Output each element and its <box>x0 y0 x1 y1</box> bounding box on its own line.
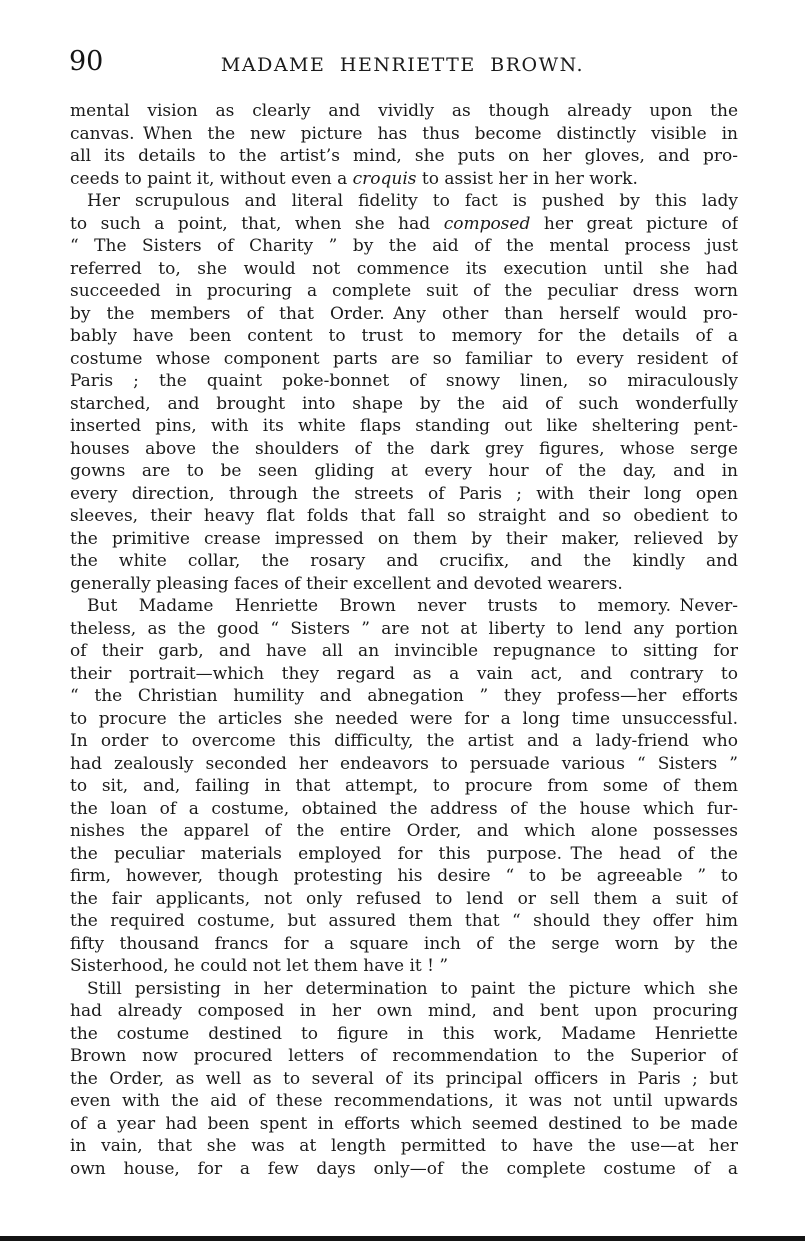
text-line: the required costume, but assured them t… <box>70 910 738 933</box>
text-line: of their garb, and have all an invincibl… <box>70 640 738 663</box>
text-line: to such a point, that, when she had comp… <box>70 213 738 236</box>
paragraph: But Madame Henriette Brown never trusts … <box>70 595 738 978</box>
text-line: houses above the shoulders of the dark g… <box>70 438 738 461</box>
text-line: starched, and brought into shape by the … <box>70 393 738 416</box>
text-line: costume whose component parts are so fam… <box>70 348 738 371</box>
text-line: the white collar, the rosary and crucifi… <box>70 550 738 573</box>
text-line: their portrait—which they regard as a va… <box>70 663 738 686</box>
text-line: to procure the articles she needed were … <box>70 708 738 731</box>
book-page: 90 MADAME HENRIETTE BROWN. mental vision… <box>0 0 805 1243</box>
text-line: generally pleasing faces of their excell… <box>70 573 738 596</box>
text-line: But Madame Henriette Brown never trusts … <box>70 595 738 618</box>
text-line: Brown now procured letters of recommenda… <box>70 1045 738 1068</box>
text-line: nishes the apparel of the entire Order, … <box>70 820 738 843</box>
text-line: “ The Sisters of Charity ” by the aid of… <box>70 235 738 258</box>
text-line: bably have been content to trust to memo… <box>70 325 738 348</box>
text-line: own house, for a few days only—of the co… <box>70 1158 738 1181</box>
running-title: MADAME HENRIETTE BROWN. <box>0 54 805 76</box>
text-line: fifty thousand francs for a square inch … <box>70 933 738 956</box>
text-line: sleeves, their heavy flat folds that fal… <box>70 505 738 528</box>
paragraph: mental vision as clearly and vividly as … <box>70 100 738 190</box>
text-line: in vain, that she was at length permitte… <box>70 1135 738 1158</box>
text-line: the costume destined to figure in this w… <box>70 1023 738 1046</box>
text-line: even with the aid of these recommendatio… <box>70 1090 738 1113</box>
text-line: the peculiar materials employed for this… <box>70 843 738 866</box>
text-line: In order to overcome this difficulty, th… <box>70 730 738 753</box>
text-line: Her scrupulous and literal fidelity to f… <box>70 190 738 213</box>
text-line: Still persisting in her determination to… <box>70 978 738 1001</box>
text-line: had zealously seconded her endeavors to … <box>70 753 738 776</box>
text-line: referred to, she would not commence its … <box>70 258 738 281</box>
text-line: the loan of a costume, obtained the addr… <box>70 798 738 821</box>
text-line: succeeded in procuring a complete suit o… <box>70 280 738 303</box>
text-line: the primitive crease impressed on them b… <box>70 528 738 551</box>
page-body: mental vision as clearly and vividly as … <box>70 100 738 1180</box>
paragraph: Still persisting in her determination to… <box>70 978 738 1181</box>
text-line: the fair applicants, not only refused to… <box>70 888 738 911</box>
text-line: ceeds to paint it, without even a croqui… <box>70 168 738 191</box>
text-line: canvas. When the new picture has thus be… <box>70 123 738 146</box>
text-line: every direction, through the streets of … <box>70 483 738 506</box>
text-line: Paris ; the quaint poke-bonnet of snowy … <box>70 370 738 393</box>
bottom-rule <box>0 1236 805 1241</box>
paragraph: Her scrupulous and literal fidelity to f… <box>70 190 738 595</box>
text-line: of a year had been spent in efforts whic… <box>70 1113 738 1136</box>
text-line: to sit, and, failing in that attempt, to… <box>70 775 738 798</box>
text-line: gowns are to be seen gliding at every ho… <box>70 460 738 483</box>
text-line: Sisterhood, he could not let them have i… <box>70 955 738 978</box>
text-line: had already composed in her own mind, an… <box>70 1000 738 1023</box>
text-line: by the members of that Order. Any other … <box>70 303 738 326</box>
text-line: mental vision as clearly and vividly as … <box>70 100 738 123</box>
text-line: all its details to the artist’s mind, sh… <box>70 145 738 168</box>
text-line: the Order, as well as to several of its … <box>70 1068 738 1091</box>
text-line: “ the Christian humility and abnegation … <box>70 685 738 708</box>
text-line: firm, however, though protesting his des… <box>70 865 738 888</box>
text-line: inserted pins, with its white flaps stan… <box>70 415 738 438</box>
text-line: theless, as the good “ Sisters ” are not… <box>70 618 738 641</box>
